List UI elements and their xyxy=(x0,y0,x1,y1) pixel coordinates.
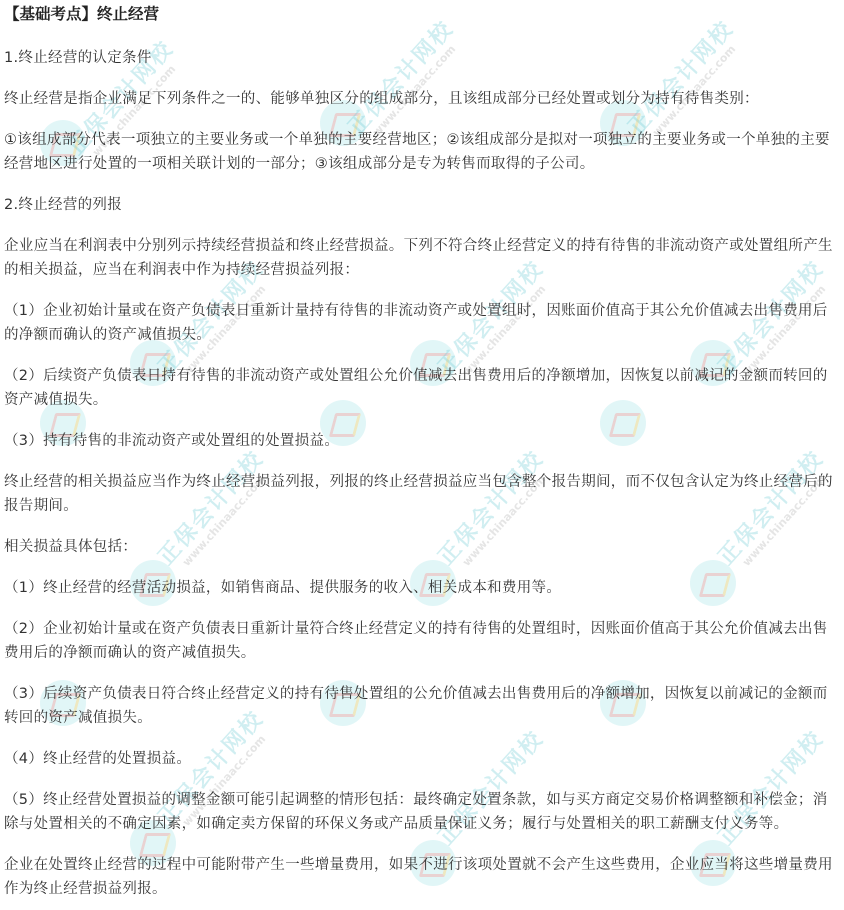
paragraph: ①该组成部分代表一项独立的主要业务或一个单独的主要经营地区；②该组成部分是拟对一… xyxy=(4,128,840,176)
list-item: （3）持有待售的非流动资产或处置组的处置损益。 xyxy=(4,429,840,453)
paragraph: 终止经营的相关损益应当作为终止经营损益列报，列报的终止经营损益应当包含整个报告期… xyxy=(4,470,840,518)
paragraph: 终止经营是指企业满足下列条件之一的、能够单独区分的组成部分，且该组成部分已经处置… xyxy=(4,87,840,111)
section-heading-recognition: 1.终止经营的认定条件 xyxy=(4,46,840,70)
list-item: （3）后续资产负债表日符合终止经营定义的持有待售处置组的公允价值减去出售费用后的… xyxy=(4,682,840,730)
list-item: （1）终止经营的经营活动损益，如销售商品、提供服务的收入、相关成本和费用等。 xyxy=(4,576,840,600)
section-heading-presentation: 2.终止经营的列报 xyxy=(4,193,840,217)
list-item: （4）终止经营的处置损益。 xyxy=(4,747,840,771)
paragraph: 企业在处置终止经营的过程中可能附带产生一些增量费用，如果不进行该项处置就不会产生… xyxy=(4,853,840,901)
list-item: （2）后续资产负债表日持有待售的非流动资产或处置组公允价值减去出售费用后的净额增… xyxy=(4,364,840,412)
list-item: （2）企业初始计量或在资产负债表日重新计量符合终止经营定义的持有待售的处置组时，… xyxy=(4,617,840,665)
page-title: 【基础考点】终止经营 xyxy=(4,0,840,29)
list-item: （5）终止经营处置损益的调整金额可能引起调整的情形包括：最终确定处置条款，如与买… xyxy=(4,788,840,836)
list-item: （1）企业初始计量或在资产负债表日重新计量持有待售的非流动资产或处置组时，因账面… xyxy=(4,299,840,347)
paragraph: 企业应当在利润表中分别列示持续经营损益和终止经营损益。下列不符合终止经营定义的持… xyxy=(4,234,840,282)
article-body: 【基础考点】终止经营 1.终止经营的认定条件 终止经营是指企业满足下列条件之一的… xyxy=(0,0,840,901)
paragraph: 相关损益具体包括： xyxy=(4,535,840,559)
